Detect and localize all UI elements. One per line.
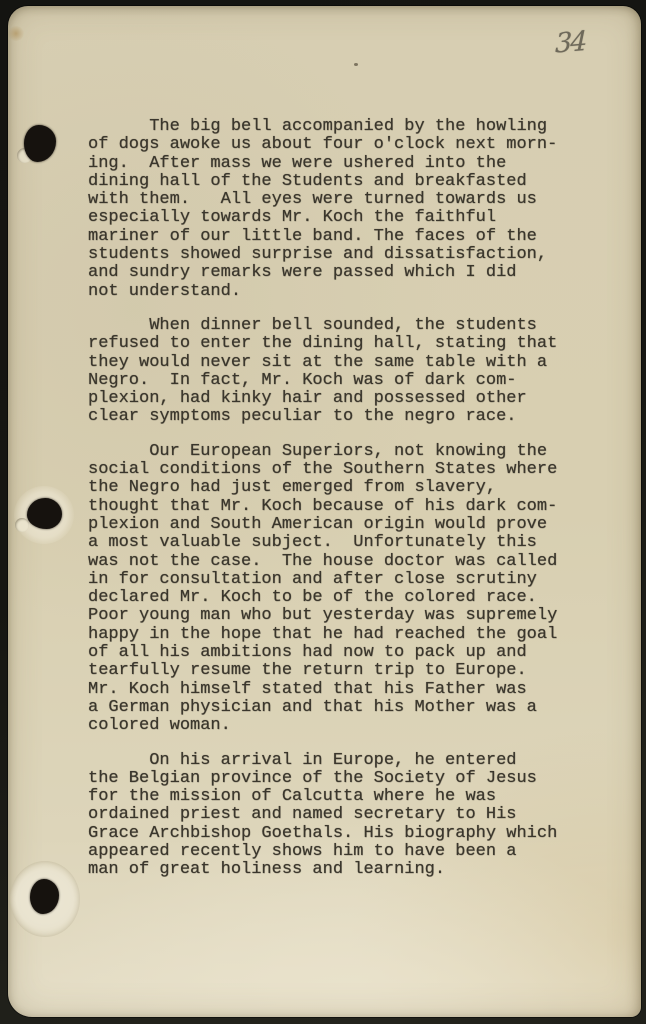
typewritten-text: The big bell accompanied by the howling … xyxy=(88,118,593,896)
punch-hole-middle-tear xyxy=(15,518,29,532)
punch-hole-top-opening xyxy=(24,125,56,162)
punch-hole-middle-opening xyxy=(27,498,62,529)
paper-stain xyxy=(8,26,24,41)
paragraph-3: Our European Superiors, not knowing the … xyxy=(88,443,593,736)
paragraph-4: On his arrival in Europe, he entered the… xyxy=(88,752,593,880)
document-page: 34 The big bell accompanied by the howli… xyxy=(8,6,641,1017)
ink-speck xyxy=(354,63,358,66)
paragraph-2: When dinner bell sounded, the students r… xyxy=(88,317,593,427)
paragraph-1: The big bell accompanied by the howling … xyxy=(88,118,593,301)
page-number-handwritten: 34 xyxy=(555,23,615,59)
